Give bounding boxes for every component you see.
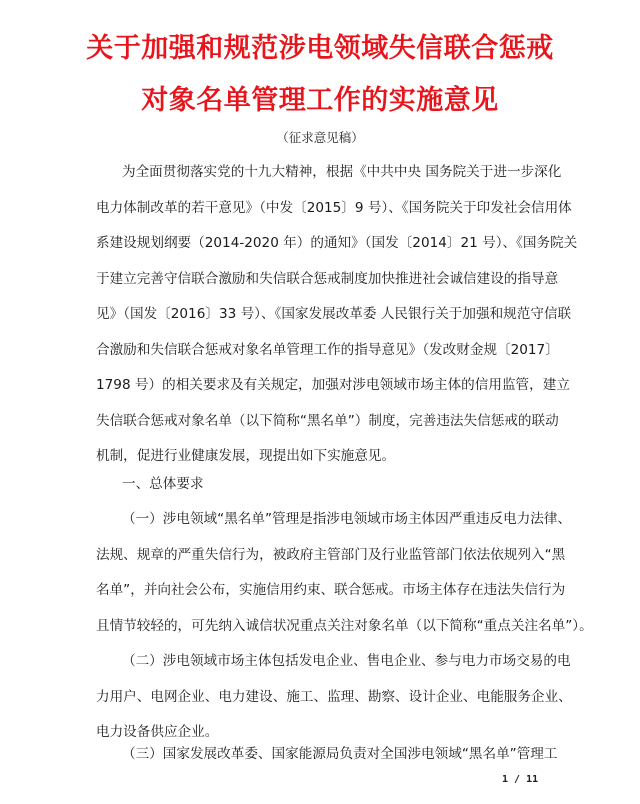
paragraph-line: 电力设备供应企业。 xyxy=(96,723,566,741)
document-page: 关于加强和规范涉电领域失信联合惩戒 对象名单管理工作的实施意见 （征求意见稿） … xyxy=(0,0,640,804)
paragraph-line: 1798 号）的相关要求及有关规定，加强对涉电领域市场主体的信用监管，建立 xyxy=(96,376,566,394)
paragraph-line: 名单”，并向社会公布，实施信用约束、联合惩戒。市场主体存在违法失信行为 xyxy=(96,581,566,599)
document-title-line-1: 关于加强和规范涉电领域失信联合惩戒 xyxy=(0,26,640,65)
document-title-line-2: 对象名单管理工作的实施意见 xyxy=(0,78,640,117)
paragraph-line: 见》（国发〔2016〕33 号）、《国家发展改革委 人民银行关于加强和规范守信联 xyxy=(96,305,566,323)
paragraph-line: （二）涉电领域市场主体包括发电企业、售电企业、参与电力市场交易的电 xyxy=(122,652,592,670)
paragraph-line: 合激励和失信联合惩戒对象名单管理工作的指导意见》（发改财金规〔2017〕 xyxy=(96,341,566,359)
document-subtitle: （征求意见稿） xyxy=(0,128,640,146)
page-number: 1 / 11 xyxy=(502,774,538,785)
paragraph-line: 法规、规章的严重失信行为，被政府主管部门及行业监管部门依法依规列入“黑 xyxy=(96,546,566,564)
paragraph-line: 于建立完善守信联合激励和失信联合惩戒制度加快推进社会诚信建设的指导意 xyxy=(96,270,566,288)
paragraph-line: （三）国家发展改革委、国家能源局负责对全国涉电领域“黑名单”管理工 xyxy=(122,745,592,763)
paragraph-line: 力用户、电网企业、电力建设、施工、监理、勘察、设计企业、电能服务企业、 xyxy=(96,688,566,706)
paragraph-line: （一）涉电领域“黑名单”管理是指涉电领域市场主体因严重违反电力法律、 xyxy=(122,510,592,528)
paragraph-line: 机制，促进行业健康发展，现提出如下实施意见。 xyxy=(96,447,566,465)
paragraph-line: 电力体制改革的若干意见》（中发〔2015〕9 号）、《国务院关于印发社会信用体 xyxy=(96,199,566,217)
paragraph-line: 为全面贯彻落实党的十九大精神，根据《中共中央 国务院关于进一步深化 xyxy=(122,163,592,181)
paragraph-line: 且情节较轻的，可先纳入诚信状况重点关注对象名单（以下简称“重点关注名单”）。 xyxy=(96,617,566,635)
section-heading: 一、总体要求 xyxy=(122,475,592,493)
paragraph-line: 失信联合惩戒对象名单（以下简称“黑名单”）制度，完善违法失信惩戒的联动 xyxy=(96,412,566,430)
paragraph-line: 系建设规划纲要（2014-2020 年）的通知》（国发〔2014〕21 号）、《… xyxy=(96,234,566,252)
